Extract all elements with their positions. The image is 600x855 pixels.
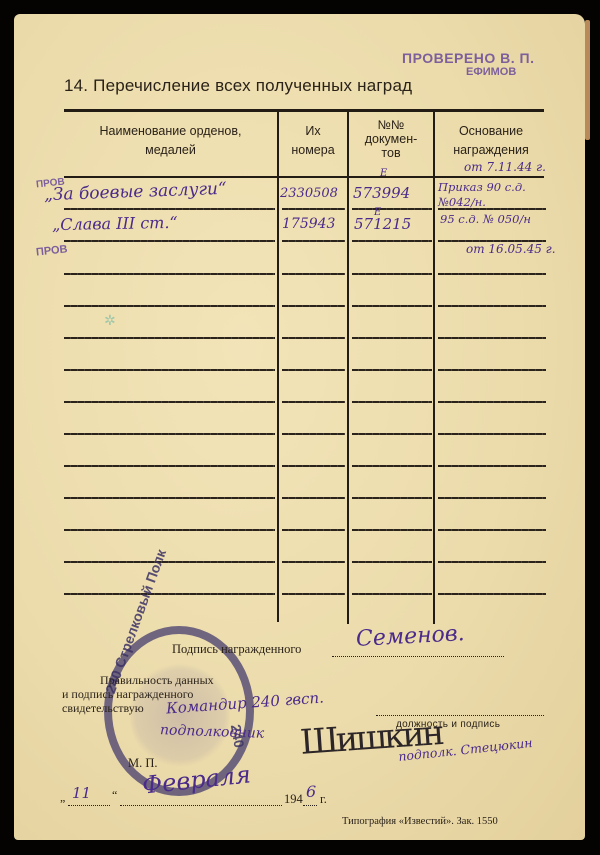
table-row-line: [438, 497, 546, 499]
header-documents-line2: докумен-: [349, 132, 433, 146]
table-row-line: [352, 497, 432, 499]
table-top-rule: [64, 109, 544, 112]
table-row-line: [282, 208, 345, 210]
header-numbers: Их номера: [279, 124, 347, 158]
table-row-line: [64, 593, 275, 595]
row2-award: „Слава III ст.“: [52, 213, 178, 234]
row2-basis: 95 с.д. № 050/н: [440, 212, 550, 226]
table-row-line: [282, 240, 345, 242]
table-row-line: [64, 337, 275, 339]
table-row-line: [438, 593, 546, 595]
table-row-line: [282, 465, 345, 467]
table-row-line: [352, 561, 432, 563]
table-row-line: [438, 273, 546, 275]
table-row-line: [64, 240, 275, 242]
header-documents-line3: тов: [349, 146, 433, 160]
table-row-line: [352, 273, 432, 275]
table-row-line: [438, 337, 546, 339]
table-row-line: [64, 273, 275, 275]
table-row-line: [64, 497, 275, 499]
date-close-quote: “: [112, 788, 117, 803]
section-title: 14. Перечисление всех полученных наград: [64, 76, 412, 96]
faint-stamp-mark: ✲: [104, 312, 116, 329]
table-row-line: [438, 369, 546, 371]
row1-basis: Приказ 90 с.д. №042/н.: [438, 180, 550, 210]
table-row-line: [282, 561, 345, 563]
doc-mark-1: Е: [380, 168, 387, 179]
verified-stamp-line2: ЕФИМОВ: [466, 66, 516, 78]
table-row-line: [352, 529, 432, 531]
doc-mark-2: Е: [374, 207, 381, 218]
column-divider-1: [277, 112, 279, 622]
header-basis: Основание награждения: [435, 124, 547, 158]
table-row-line: [282, 369, 345, 371]
row1-basis-date: от 7.11.44 г.: [464, 160, 546, 174]
table-row-line: [282, 305, 345, 307]
table-row-line: [64, 561, 275, 563]
table-row-line: [438, 561, 546, 563]
table-row-line: [438, 433, 546, 435]
row1-number: 2330508: [280, 186, 338, 201]
table-row-line: [282, 497, 345, 499]
table-row-line: [282, 273, 345, 275]
header-award-name-line2: медалей: [64, 143, 277, 158]
table-row-line: [352, 465, 432, 467]
table-row-line: [64, 465, 275, 467]
table-row-line: [282, 433, 345, 435]
date-year-unit: г.: [320, 792, 327, 807]
column-divider-2: [347, 112, 349, 624]
seal-place-label: М. П.: [128, 756, 158, 771]
date-day-line: [68, 804, 110, 806]
date-year-suffix: 6: [306, 782, 316, 801]
table-row-line: [64, 529, 275, 531]
table-row-line: [64, 369, 275, 371]
header-documents: №№ докумен- тов: [349, 118, 433, 160]
table-row-line: [352, 593, 432, 595]
table-row-line: [64, 433, 275, 435]
row2-number: 175943: [282, 216, 335, 232]
row1-document: 573994: [353, 184, 410, 202]
table-row-line: [352, 240, 432, 242]
header-numbers-line2: номера: [279, 143, 347, 158]
date-year-line: [303, 804, 317, 806]
row2-basis-date: от 16.05.45 г.: [466, 242, 556, 256]
table-row-line: [352, 369, 432, 371]
table-row-line: [282, 529, 345, 531]
table-row-line: [352, 208, 432, 210]
paper-torn-edge: [585, 20, 590, 140]
verification-label-line3: свидетельствую: [62, 701, 144, 716]
table-row-line: [438, 529, 546, 531]
table-row-line: [352, 401, 432, 403]
header-documents-line1: №№: [349, 118, 433, 132]
table-row-line: [352, 337, 432, 339]
date-open-quote: „: [60, 790, 65, 805]
table-row-line: [64, 208, 275, 210]
date-year-prefix: 194: [284, 792, 303, 807]
table-row-line: [352, 305, 432, 307]
table-row-line: [352, 433, 432, 435]
table-row-line: [438, 401, 546, 403]
printer-note: Типография «Известий». Зак. 1550: [342, 816, 498, 827]
table-row-line: [282, 593, 345, 595]
header-numbers-line1: Их: [279, 124, 347, 139]
row2-document: 571215: [354, 215, 411, 233]
table-row-line: [282, 401, 345, 403]
column-divider-3: [433, 112, 435, 624]
date-month-line: [120, 804, 282, 806]
awardee-signature-label: Подпись награжденного: [172, 642, 301, 657]
header-basis-line2: награждения: [435, 143, 547, 158]
date-day: 11: [72, 784, 91, 802]
header-basis-line1: Основание: [435, 124, 547, 139]
verified-stamp-line1: ПРОВЕРЕНО В. П.: [402, 50, 534, 66]
table-row-line: [438, 305, 546, 307]
table-row-line: [282, 337, 345, 339]
verification-label-line1: Правильность данных: [100, 673, 214, 688]
table-row-line: [438, 465, 546, 467]
table-header-rule: [64, 176, 544, 178]
table-row-line: [64, 305, 275, 307]
header-award-name-line1: Наименование орденов,: [64, 124, 277, 139]
awardee-signature-line: [332, 655, 504, 657]
header-award-name: Наименование орденов, медалей: [64, 124, 277, 158]
table-row-line: [64, 401, 275, 403]
